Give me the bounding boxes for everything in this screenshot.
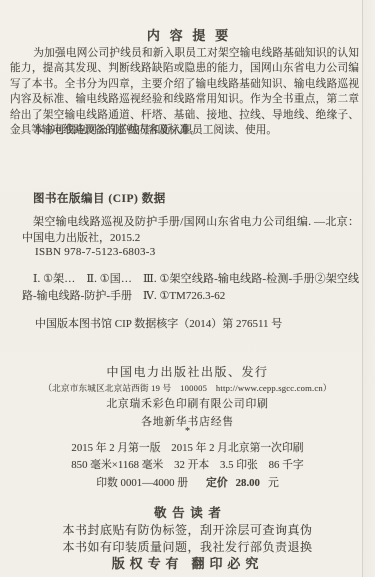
anti-counterfeit-notice: 本书封底贴有防伪标签，刮开涂层可查询真伪: [0, 521, 375, 538]
isbn-number: ISBN 978-7-5123-6803-3: [35, 246, 156, 258]
copyright-reserved-left: 版权专有: [112, 556, 184, 571]
cip-data-heading: 图书在版编目 (CIP) 数据: [33, 190, 166, 206]
page-edge-shade: [363, 0, 375, 577]
reader-notice-heading: 敬告读者: [0, 503, 375, 521]
print-run: 印数 0001—4000 册: [96, 477, 188, 489]
printrun-price-line: 印数 0001—4000 册定价28.00元: [0, 475, 375, 490]
copyright-page: 内容提要 为加强电网公司护线员和新入职员工对架空输电线路基础知识的认知能力，提高…: [0, 0, 375, 577]
printer-line: 北京瑞禾彩色印刷有限公司印刷: [0, 396, 375, 411]
edition-line: 2015 年 2 月第一版 2015 年 2 月北京第一次印刷: [0, 440, 375, 455]
price-unit: 元: [268, 477, 279, 489]
content-summary-heading: 内容提要: [0, 25, 375, 44]
price-value: 28.00: [236, 477, 260, 489]
separator-asterisk: *: [0, 426, 375, 437]
copyright-reserved-line: 版权专有翻印必究: [0, 553, 375, 572]
publisher-address: （北京市东城区北京站西街 19 号 100005 http://www.cepp…: [0, 382, 375, 394]
cip-classification: Ⅰ. ①架… Ⅱ. ①国… Ⅲ. ①架空线路-输电线路-检测-手册②架空线路-输…: [22, 271, 359, 304]
cip-catalog-entry: 架空输电线路巡视及防护手册/国网山东省电力公司组编. —北京：中国电力出版社，2…: [22, 214, 359, 246]
content-summary-audience: 本书可供电网公司护线员和新入职员工阅读、使用。: [10, 123, 359, 138]
format-line: 850 毫米×1168 毫米 32 开本 3.5 印张 86 千字: [0, 457, 375, 472]
publisher-line: 中国电力出版社出版、发行: [0, 363, 375, 380]
copyright-reserved-right: 翻印必究: [192, 556, 264, 571]
price-label: 定价: [206, 477, 228, 489]
cip-record-number: 中国版本图书馆 CIP 数据核字（2014）第 276511 号: [35, 315, 282, 331]
